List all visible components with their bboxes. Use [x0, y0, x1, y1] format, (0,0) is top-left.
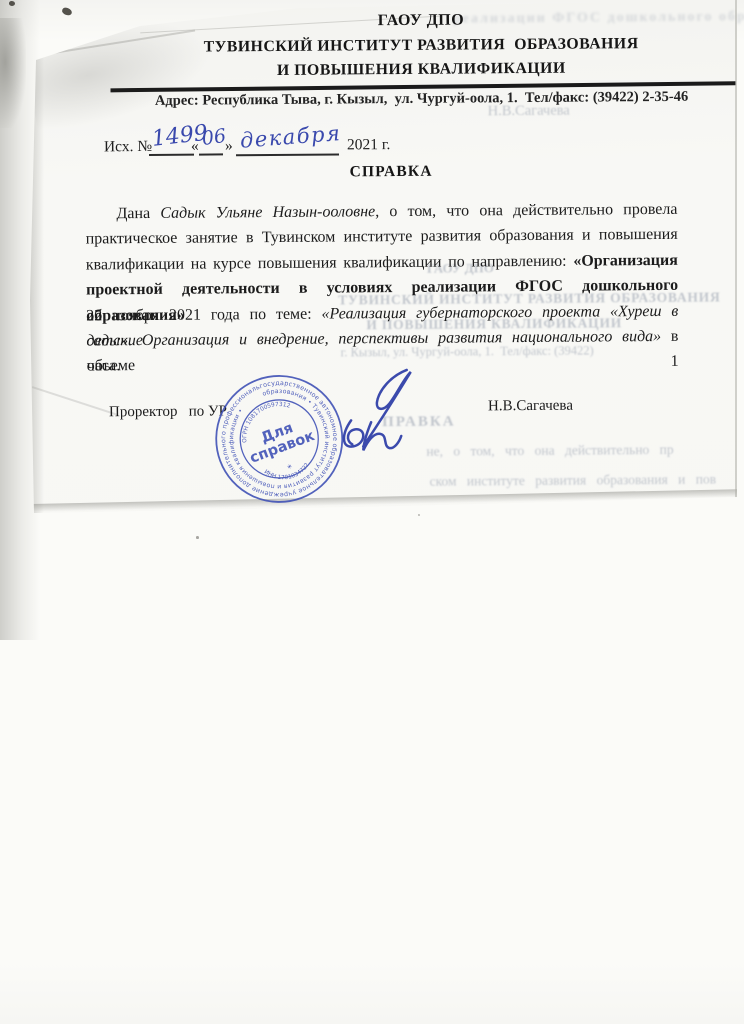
body-segment-name: Садык Ульяне Назын-ооловне	[160, 203, 375, 222]
body-segment: практическое занятие в Тувинском институ…	[86, 226, 678, 248]
org-type: ГАОУ ДПО	[121, 9, 721, 32]
body-segment: квалификации на курсе повышения квалифик…	[86, 252, 574, 273]
year-label: 2021 г.	[347, 136, 390, 154]
ghost-body-line: ском институте развития образования и по…	[430, 472, 717, 490]
org-name-line2: И ПОВЫШЕНИЯ КВАЛИФИКАЦИИ	[121, 58, 721, 81]
body-segment: часа.	[87, 358, 121, 375]
document-title: СПРАВКА	[91, 161, 691, 184]
body-paragraph: Дана Садык Ульяне Назын-ооловне, о том, …	[85, 197, 678, 379]
signatory-name: Н.В.Сагачева	[488, 398, 573, 416]
month-handwritten: декабря	[239, 121, 342, 153]
day-handwritten: 06	[200, 125, 227, 150]
quote-close: »	[225, 137, 233, 155]
org-name-line1: ТУВИНСКИЙ ИНСТИТУТ РАЗВИТИЯ ОБРАЗОВАНИЯ	[121, 34, 721, 57]
body-segment-course: «Организация	[573, 252, 678, 270]
body-line: сады». Организация и внедрение, перспект…	[86, 324, 678, 354]
day-underline	[199, 153, 223, 155]
outgoing-prefix: Исх. №	[104, 138, 152, 156]
outgoing-number-handwritten: 1499	[151, 121, 209, 152]
scanned-document: реализации ФГОС дошкольного образования …	[0, 0, 744, 1024]
ghost-body-line: не, о том, что она действительно пр	[426, 442, 673, 460]
address-line: Адрес: Республика Тыва, г. Кызыл, ул. Чу…	[102, 88, 742, 110]
body-segment: Дана	[116, 205, 160, 222]
stamp-star: *	[287, 463, 295, 474]
month-underline	[236, 153, 339, 155]
signature-stroke	[344, 420, 364, 446]
number-underline	[149, 154, 194, 156]
body-segment: , о том, что она действительно провела	[375, 201, 677, 220]
signature	[323, 364, 434, 455]
body-segment-topic: сады». Организация и внедрение, перспект…	[86, 328, 661, 350]
quote-open: «	[191, 138, 199, 156]
signature-stroke	[363, 370, 412, 446]
body-segment: 22 ноября 2021 года по теме:	[86, 305, 321, 324]
